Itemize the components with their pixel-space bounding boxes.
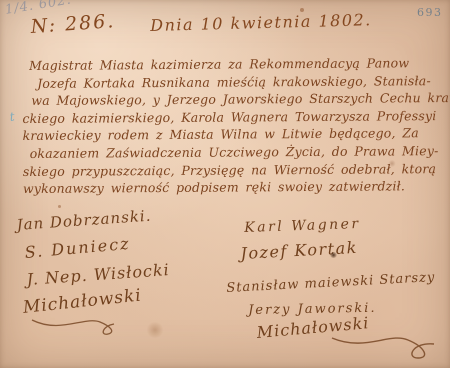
body-line: okazaniem Zaświadczenia Uczciwego Życia,… (23, 142, 441, 163)
signature-jozef-kortak: Jozef Kortak (240, 238, 358, 263)
folio-stamp: 693 (417, 6, 443, 19)
margin-mark: t (9, 109, 15, 123)
document-scan-page: 1/4. 602. N: 286. Dnia 10 kwietnia 1802.… (0, 0, 450, 368)
paper-speck (58, 205, 61, 208)
signature-jan-dobrzanski: Jan Dobrzanski. (16, 207, 152, 234)
signature-flourish-icon (30, 314, 120, 336)
date-line: Dnia 10 kwietnia 1802. (150, 10, 372, 35)
body-line: wykonawszy wierność podpisem ręki swoiey… (23, 177, 441, 198)
signature-stanislaw-maiewski: Stanisław maiewski Starszy (226, 270, 436, 296)
signature-j-nep-wislocki: J. Nep. Wisłocki (26, 260, 170, 289)
signature-s-duniecz: S. Duniecz (24, 234, 131, 262)
paper-stain (146, 322, 164, 338)
signature-flourish-icon (330, 330, 440, 360)
signature-karl-wagner: Karl Wagner (244, 216, 361, 236)
document-number: N: 286. (30, 10, 116, 38)
signature-michalowski-left: Michałowski (22, 286, 143, 318)
document-body: Magistrat Miasta kazimierza za Rekommend… (22, 54, 441, 198)
